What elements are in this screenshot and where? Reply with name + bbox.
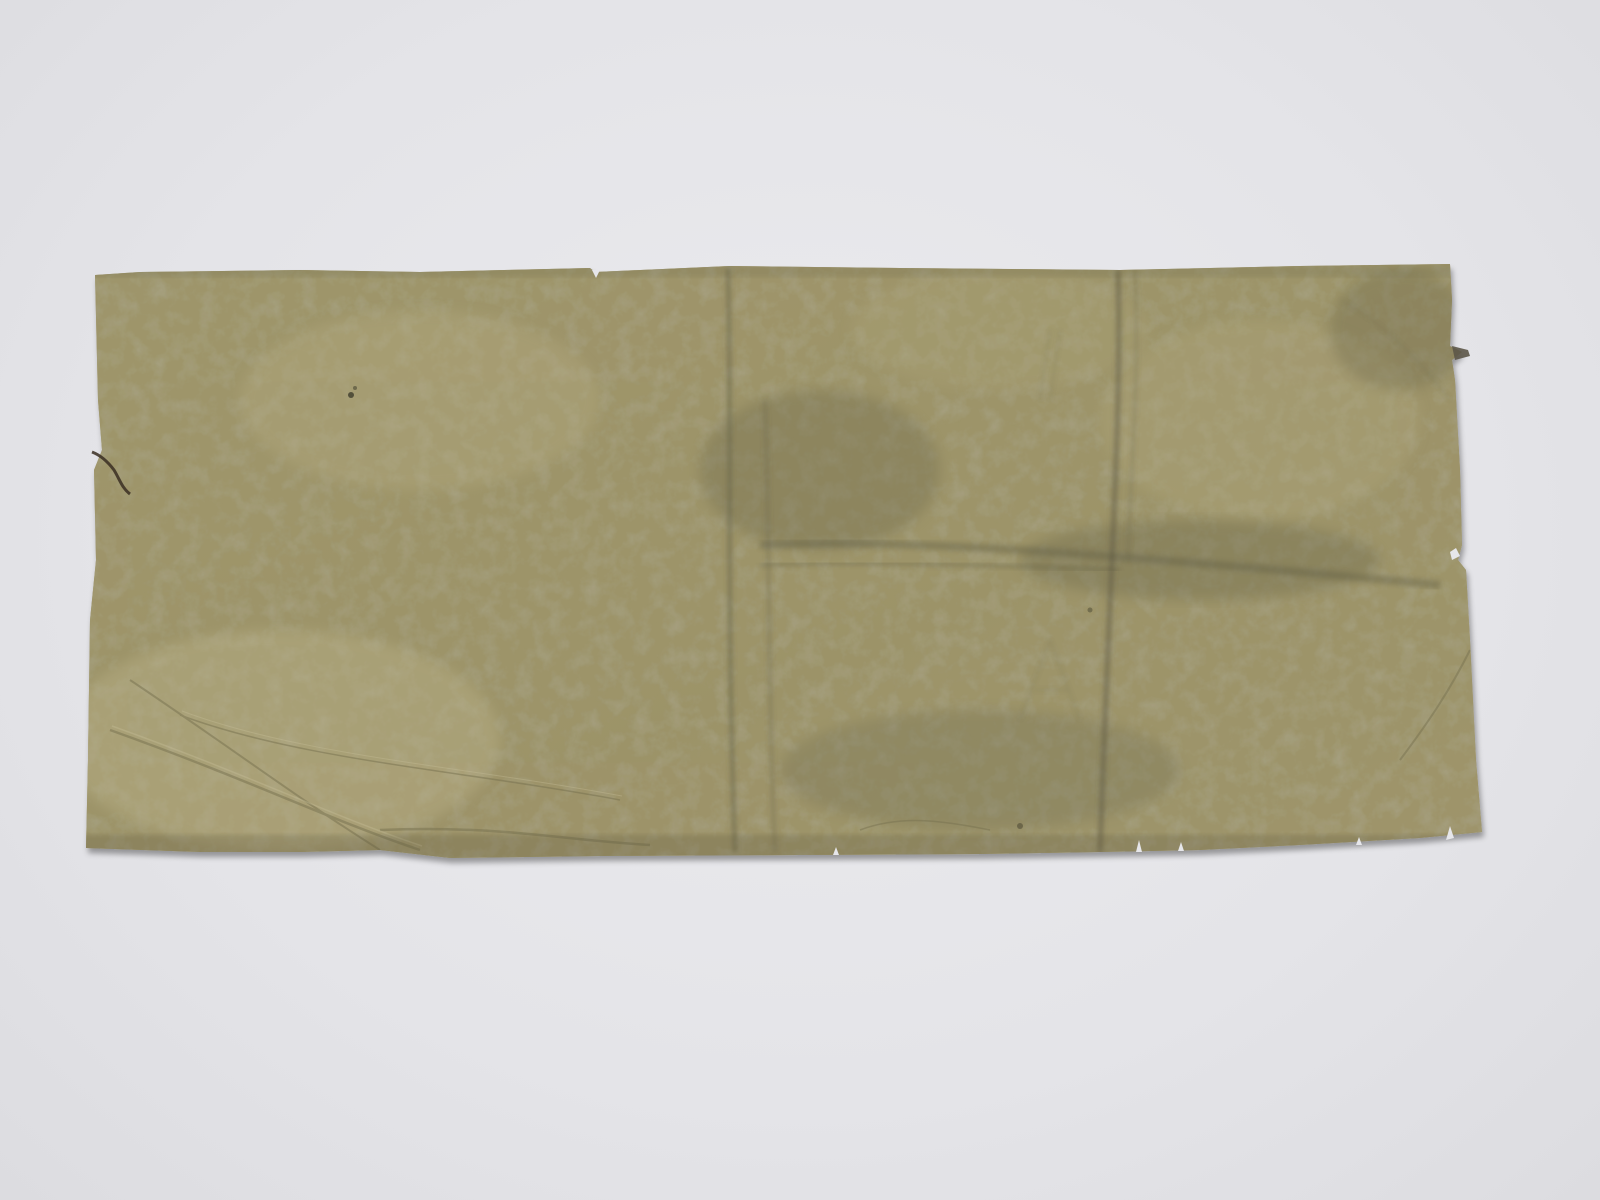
banknote-image: [0, 0, 1600, 1200]
photo-scene: [0, 0, 1600, 1200]
banknote: [0, 0, 1600, 1200]
edge-fragment: [1452, 346, 1470, 360]
